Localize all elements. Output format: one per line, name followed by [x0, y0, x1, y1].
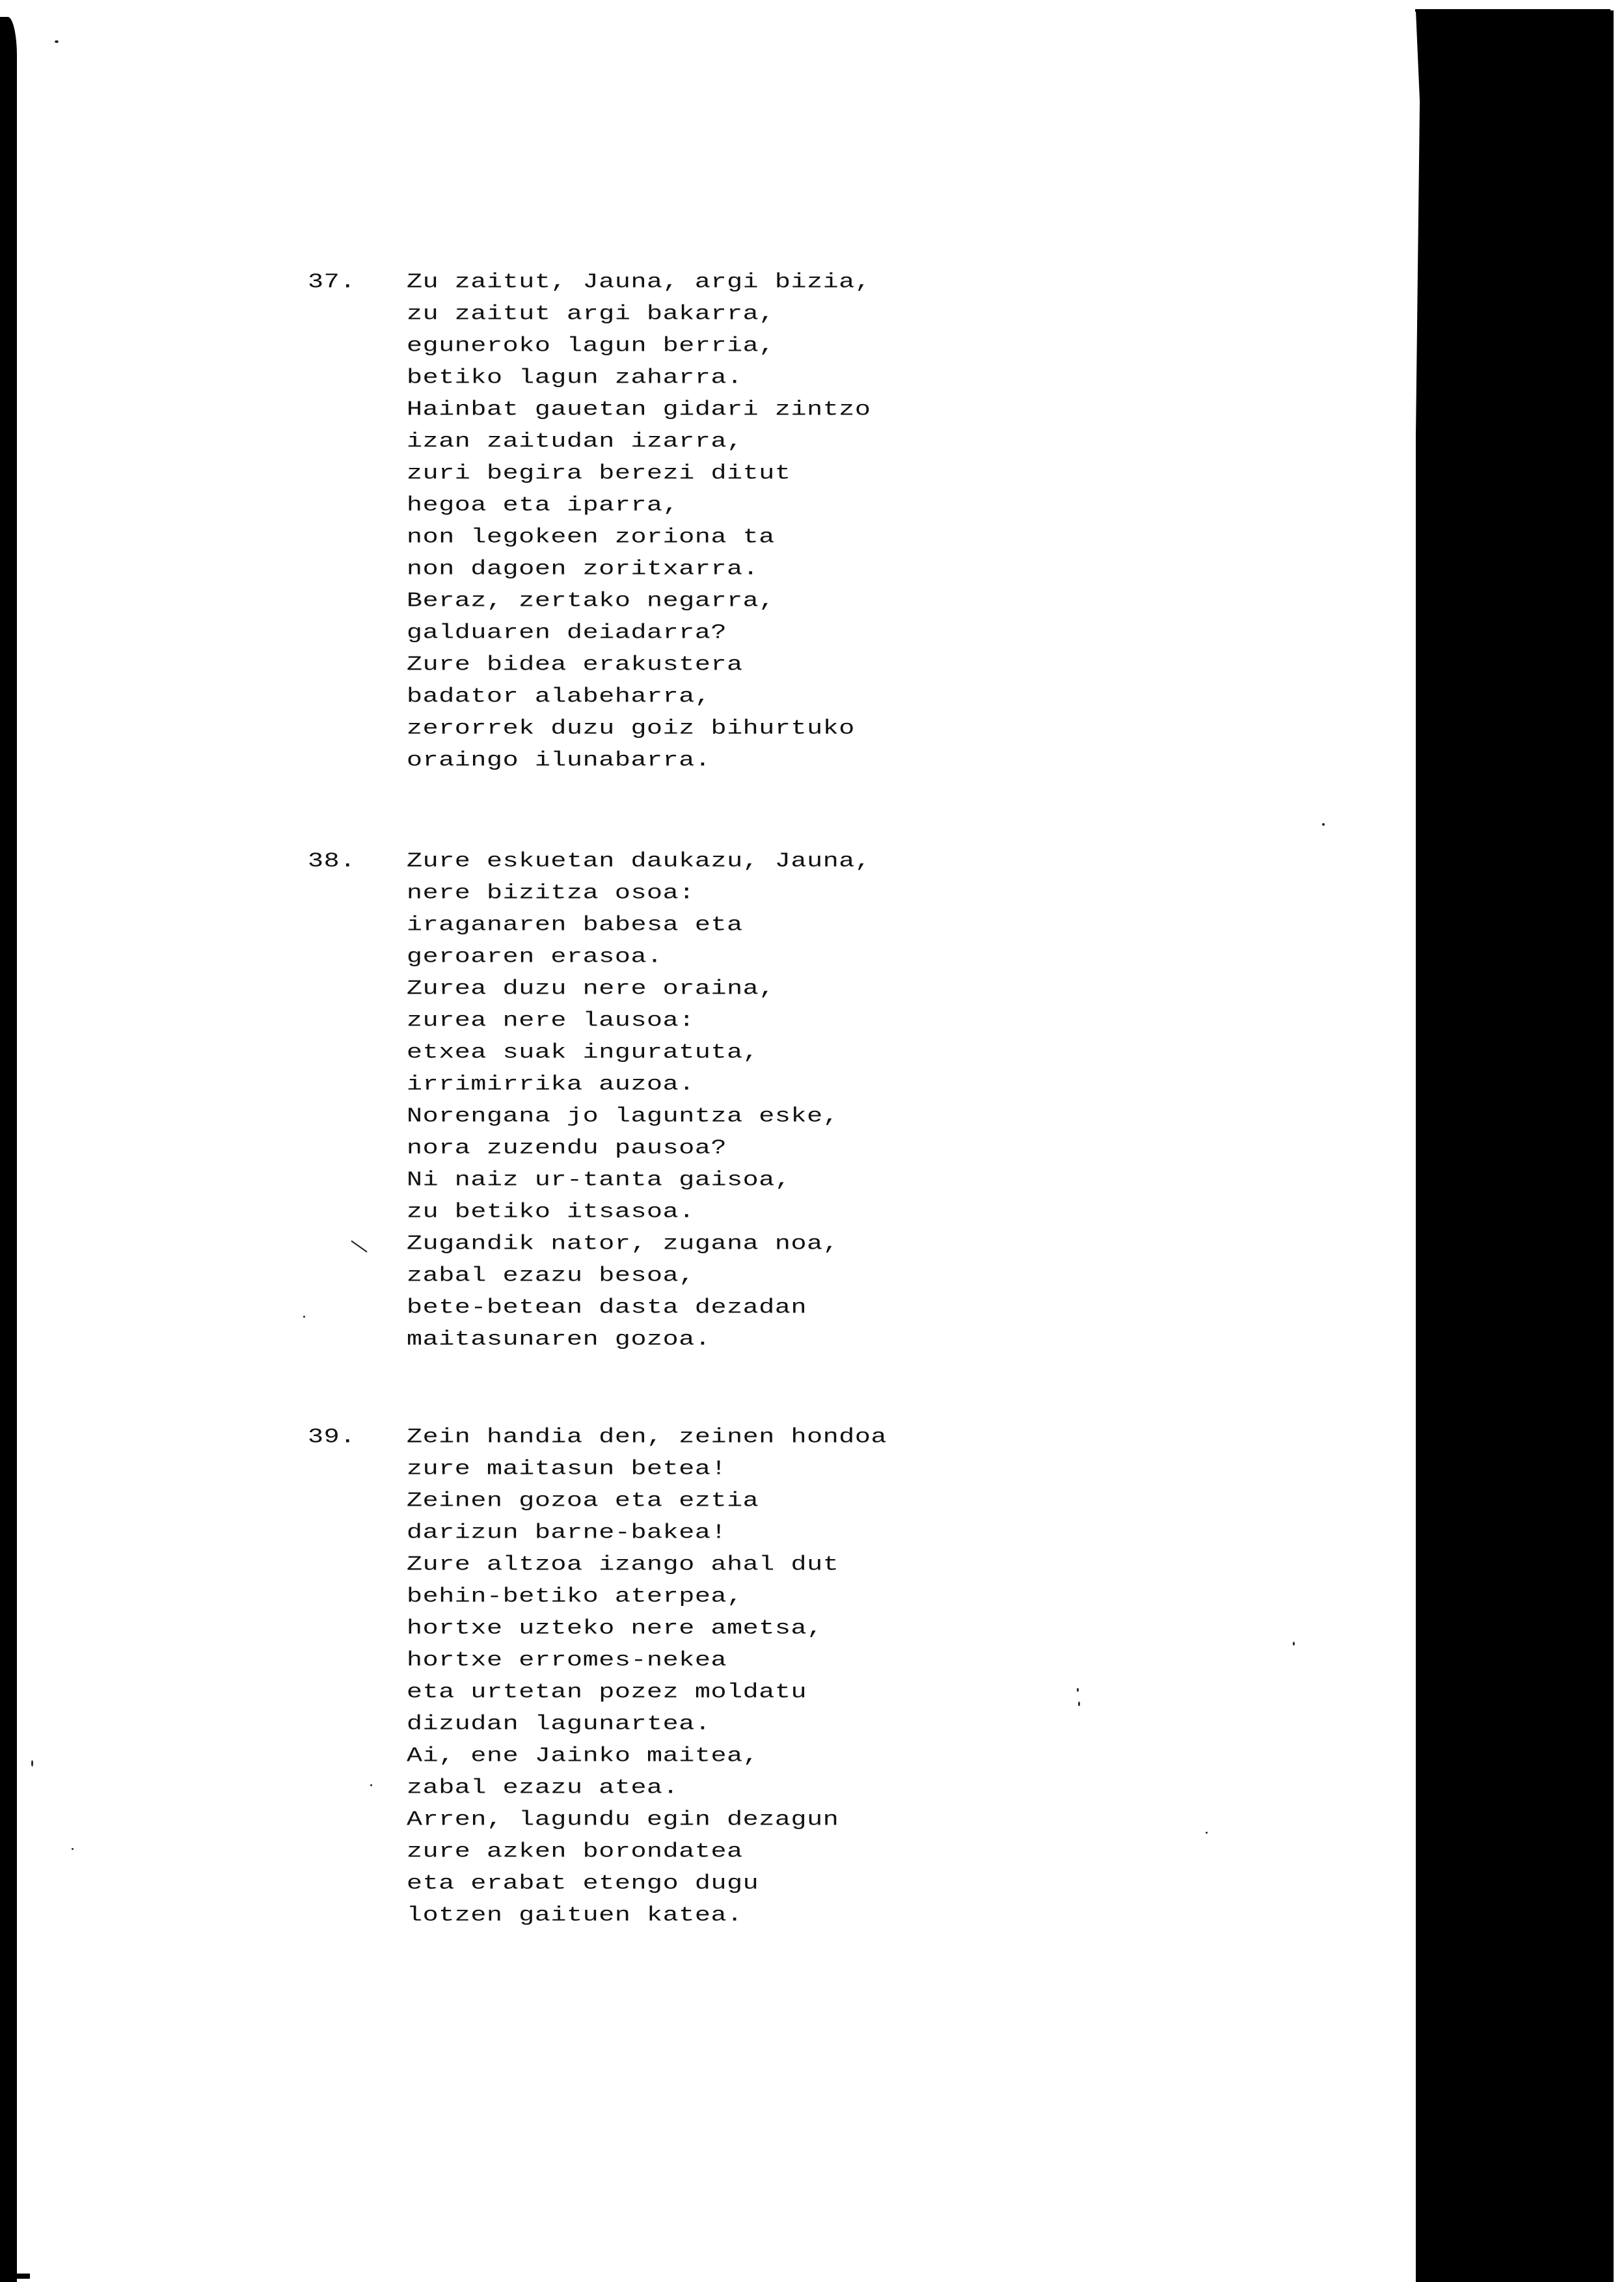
verse-line: zabal ezazu atea. — [407, 1776, 887, 1800]
scan-speck — [370, 1784, 372, 1786]
scan-left-edge-shadow — [0, 17, 17, 2282]
verse-line: zure maitasun betea! — [407, 1457, 887, 1482]
verse-line: geroaren erasoa. — [407, 945, 871, 970]
verse-line: Zein handia den, zeinen hondoa — [407, 1425, 887, 1450]
scan-right-black-strip — [1416, 10, 1614, 2282]
verse-line: zuri begira berezi ditut — [407, 461, 871, 486]
verse-lines: Zure eskuetan daukazu, Jauna, nere bizit… — [407, 849, 871, 1359]
verse-line: dizudan lagunartea. — [407, 1712, 887, 1737]
verse-line: eta urtetan pozez moldatu — [407, 1680, 887, 1705]
verse-line: zurea nere lausoa: — [407, 1009, 871, 1033]
verse-line: nora zuzendu pausoa? — [407, 1136, 871, 1161]
verse-line: zabal ezazu besoa, — [407, 1264, 871, 1288]
verse-lines: Zein handia den, zeinen hondoa zure mait… — [407, 1425, 887, 1935]
verse-line: bete-betean dasta dezadan — [407, 1296, 871, 1320]
scan-speck — [303, 1316, 305, 1318]
scan-speck — [1077, 1688, 1079, 1692]
verse-line: zerorrek duzu goiz bihurtuko — [407, 716, 871, 741]
verse-line: galduaren deiadarra? — [407, 621, 871, 645]
verse-line: Zure eskuetan daukazu, Jauna, — [407, 849, 871, 874]
verse-line: Zure bidea erakustera — [407, 653, 871, 677]
scan-speck — [1293, 1642, 1295, 1646]
verse-line: etxea suak inguratuta, — [407, 1040, 871, 1065]
stanza-number: 37. — [308, 270, 356, 295]
scan-speck — [1078, 1702, 1080, 1706]
verse-line: Norengana jo laguntza eske, — [407, 1104, 871, 1129]
verse-line: non dagoen zoritxarra. — [407, 557, 871, 582]
scan-speck — [1322, 823, 1325, 826]
verse-line: Zeinen gozoa eta eztia — [407, 1489, 887, 1514]
verse-line: eta erabat etengo dugu — [407, 1871, 887, 1896]
verse-line: irrimirrika auzoa. — [407, 1072, 871, 1097]
verse-line: zu zaitut argi bakarra, — [407, 302, 871, 327]
verse-line: darizun barne-bakea! — [407, 1521, 887, 1545]
verse-line: Zure altzoa izango ahal dut — [407, 1553, 887, 1577]
verse-line: Ai, ene Jainko maitea, — [407, 1744, 887, 1769]
verse-line: zure azken borondatea — [407, 1840, 887, 1864]
scan-speck — [1206, 1832, 1208, 1834]
verse-line: betiko lagun zaharra. — [407, 366, 871, 390]
verse-line: Beraz, zertako negarra, — [407, 589, 871, 614]
verse-line: maitasunaren gozoa. — [407, 1327, 871, 1352]
scan-speck — [55, 40, 59, 43]
verse-line: Zu zaitut, Jauna, argi bizia, — [407, 270, 871, 295]
stanza-number: 38. — [308, 849, 356, 874]
verse-line: hortxe erromes-nekea — [407, 1648, 887, 1673]
verse-line: Hainbat gauetan gidari zintzo — [407, 398, 871, 422]
verse-line: Zurea duzu nere oraina, — [407, 977, 871, 1001]
stanza-number: 39. — [308, 1425, 356, 1450]
verse-line: hegoa eta iparra, — [407, 493, 871, 518]
verse-line: badator alabeharra, — [407, 685, 871, 709]
verse-line: eguneroko lagun berria, — [407, 334, 871, 359]
scan-stray-mark — [350, 1240, 370, 1254]
verse-line: behin-betiko aterpea, — [407, 1584, 887, 1609]
scan-speck — [31, 1760, 33, 1767]
verse-line: Ni naiz ur-tanta gaisoa, — [407, 1168, 871, 1193]
verse-line: iraganaren babesa eta — [407, 913, 871, 938]
verse-line: zu betiko itsasoa. — [407, 1200, 871, 1225]
verse-line: non legokeen zoriona ta — [407, 525, 871, 550]
scan-speck — [72, 1848, 74, 1850]
verse-line: izan zaitudan izarra, — [407, 429, 871, 454]
verse-line: Zugandik nator, zugana noa, — [407, 1232, 871, 1256]
verse-line: nere bizitza osoa: — [407, 881, 871, 906]
verse-line: hortxe uzteko nere ametsa, — [407, 1616, 887, 1641]
verse-line: Arren, lagundu egin dezagun — [407, 1808, 887, 1832]
scan-left-edge-foot — [0, 2274, 30, 2279]
verse-lines: Zu zaitut, Jauna, argi bizia, zu zaitut … — [407, 270, 871, 780]
scanned-page: 37. Zu zaitut, Jauna, argi bizia, zu zai… — [0, 0, 1624, 2282]
verse-line: oraingo ilunabarra. — [407, 748, 871, 773]
verse-line: lotzen gaituen katea. — [407, 1903, 887, 1928]
